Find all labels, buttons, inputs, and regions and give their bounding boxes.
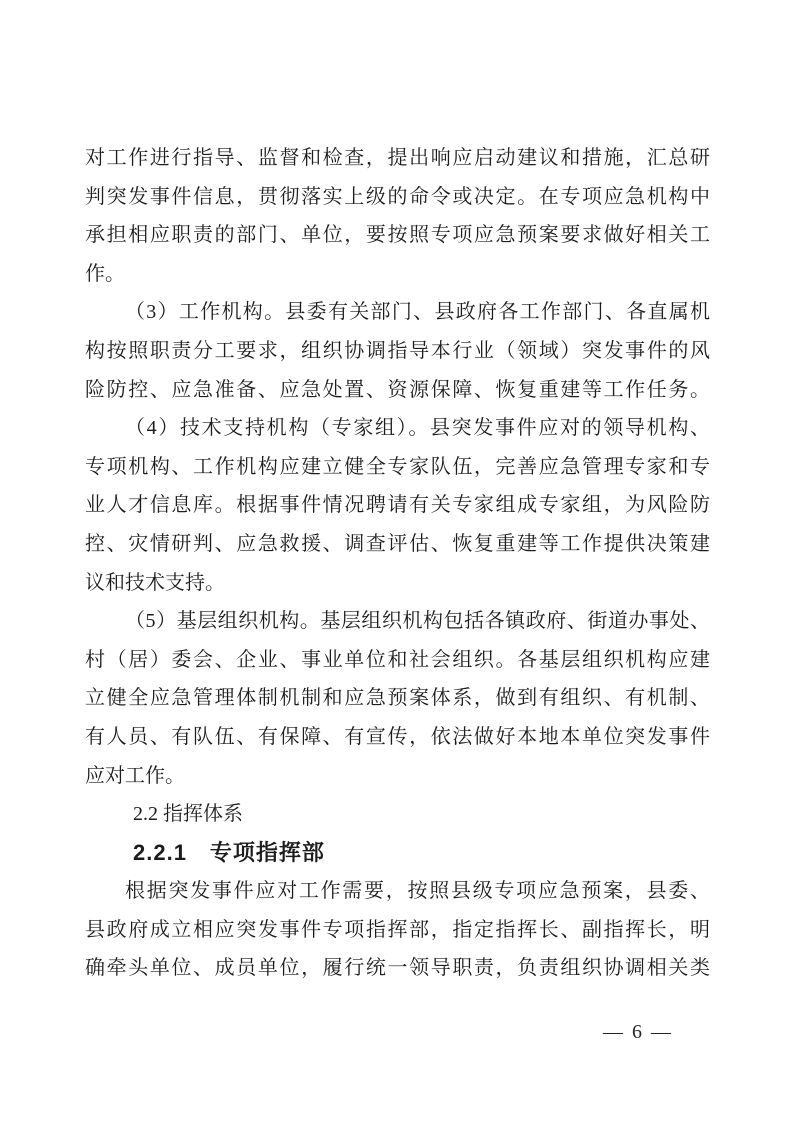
body-line: 确牵头单位、成员单位，履行统一领导职责，负责组织协调相关类 (85, 949, 710, 988)
section-heading-2-2: 2.2 指挥体系 (85, 795, 710, 834)
body-line: 承担相应职责的部门、单位，要按照专项应急预案要求做好相关工 (85, 216, 710, 255)
body-line: （5）基层组织机构。基层组织机构包括各镇政府、街道办事处、 (85, 602, 710, 641)
body-line: （3）工作机构。县委有关部门、县政府各工作部门、各直属机 (85, 293, 710, 332)
body-line: 作。 (85, 255, 710, 294)
body-line: 专项机构、工作机构应建立健全专家队伍，完善应急管理专家和专 (85, 448, 710, 487)
page-footer: — 6 — (603, 1019, 673, 1045)
subsection-heading-2-2-1: 2.2.1 专项指挥部 (85, 834, 710, 873)
body-line: 控、灾情研判、应急救援、调查评估、恢复重建等工作提供决策建 (85, 525, 710, 564)
page-body: 对工作进行指导、监督和检查，提出响应启动建议和措施，汇总研 判突发事件信息，贯彻… (85, 139, 710, 988)
body-line: 有人员、有队伍、有保障、有宣传，依法做好本地本单位突发事件 (85, 718, 710, 757)
body-line: 村（居）委会、企业、事业单位和社会组织。各基层组织机构应建 (85, 641, 710, 680)
body-line: 县政府成立相应突发事件专项指挥部，指定指挥长、副指挥长，明 (85, 911, 710, 950)
body-line: 构按照职责分工要求，组织协调指导本行业（领域）突发事件的风 (85, 332, 710, 371)
body-line: 应对工作。 (85, 757, 710, 796)
body-line: （4）技术支持机构（专家组）。县突发事件应对的领导机构、 (85, 409, 710, 448)
body-line: 立健全应急管理体制机制和应急预案体系，做到有组织、有机制、 (85, 679, 710, 718)
body-line: 根据突发事件应对工作需要，按照县级专项应急预案，县委、 (85, 872, 710, 911)
body-line: 判突发事件信息，贯彻落实上级的命令或决定。在专项应急机构中 (85, 178, 710, 217)
body-line: 险防控、应急准备、应急处置、资源保障、恢复重建等工作任务。 (85, 371, 710, 410)
body-line: 业人才信息库。根据事件情况聘请有关专家组成专家组，为风险防 (85, 486, 710, 525)
document-page: 对工作进行指导、监督和检查，提出响应启动建议和措施，汇总研 判突发事件信息，贯彻… (0, 0, 793, 1122)
body-line: 议和技术支持。 (85, 564, 710, 603)
body-line: 对工作进行指导、监督和检查，提出响应启动建议和措施，汇总研 (85, 139, 710, 178)
page-number: — 6 — (603, 1021, 673, 1043)
